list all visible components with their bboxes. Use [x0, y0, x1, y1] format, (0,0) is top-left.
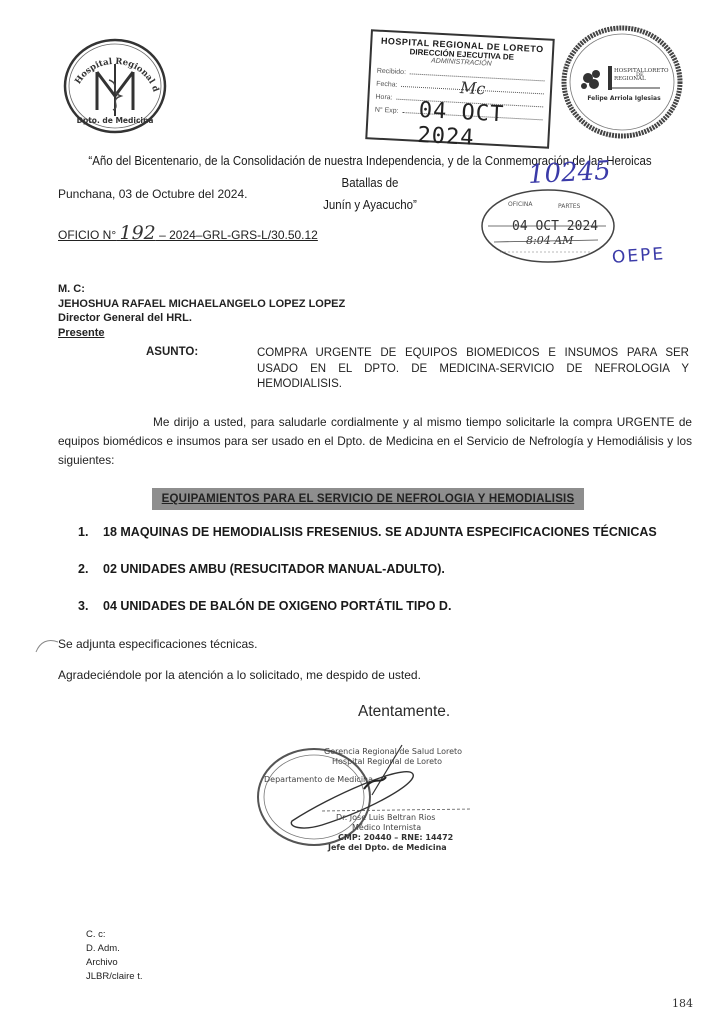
signer-cmp: CMP: 20440 – RNE: 14472 [338, 833, 453, 842]
addressee-title: Director General del HRL. [58, 311, 345, 326]
stamp-initials: Mc [460, 78, 486, 98]
svg-text:DE: DE [636, 72, 644, 78]
svg-text:Dpto. de Medicina: Dpto. de Medicina [77, 116, 154, 125]
hospital-logo-seal: HOSPITAL REGIONAL DE LORETO Felipe Arrio… [556, 22, 688, 142]
oficio-handwritten-number: 192 [119, 222, 155, 244]
addressee-block: M. C: JEHOSHUA RAFAEL MICHAELANGELO LOPE… [58, 282, 345, 340]
subject-label: ASUNTO: [146, 346, 198, 358]
signer-name: Dr. Jose Luis Beltran Rios [336, 813, 435, 822]
section-heading: EQUIPAMIENTOS PARA EL SERVICIO DE NEFROL… [152, 488, 584, 510]
stamp-field: Hora: [375, 94, 392, 102]
page-number: 184 [672, 997, 693, 1010]
signature-dept: Departamento de Medicina [264, 775, 373, 784]
stamp-field: Fecha: [376, 81, 398, 89]
cc-label: C. c: [86, 928, 143, 942]
list-item: 1.18 MAQUINAS DE HEMODIALISIS FRESENIUS.… [78, 525, 698, 562]
carbon-copy-block: C. c: D. Adm. Archivo JLBR/claire t. [86, 928, 143, 984]
addressee-presente: Presente [58, 326, 345, 341]
reception-stamp: HOSPITAL REGIONAL DE LORETO DIRECCIÓN EJ… [365, 29, 555, 148]
cc-line: D. Adm. [86, 942, 143, 956]
signature-seal-line-2: Hospital Regional de Loreto [332, 757, 442, 766]
stamp-field: Recibido: [377, 68, 407, 77]
attachment-note: Se adjunta especificaciones técnicas. [58, 637, 257, 651]
signer-position: Jefe del Dpto. de Medicina [328, 843, 447, 852]
oval-reception-stamp: OFICINA PARTES 04 OCT 2024 8:04 AM [478, 186, 618, 266]
place-date: Punchana, 03 de Octubre del 2024. [58, 187, 247, 201]
addressee-mc: M. C: [58, 282, 345, 297]
pen-mark [34, 636, 60, 654]
cc-line: JLBR/claire t. [86, 970, 143, 984]
body-paragraph: Me dirijo a usted, para saludarle cordia… [58, 413, 692, 470]
svg-text:Felipe Arriola Iglesias: Felipe Arriola Iglesias [587, 95, 661, 102]
stamp-field: N° Exp: [375, 107, 399, 115]
list-item: 3.04 UNIDADES DE BALÓN DE OXIGENO PORTÁT… [78, 599, 698, 636]
body-text: Me dirijo a usted, para saludarle cordia… [58, 415, 692, 467]
oficio-prefix: OFICIO N° [58, 228, 116, 242]
list-item: 2.02 UNIDADES AMBU (RESUCITADOR MANUAL-A… [78, 562, 698, 599]
handwritten-office-code: OEPE [611, 244, 665, 268]
signature-seal-line-1: Gerencia Regional de Salud Loreto [324, 747, 462, 756]
sign-off: Atentamente. [358, 703, 450, 721]
addressee-name: JEHOSHUA RAFAEL MICHAELANGELO LOPEZ LOPE… [58, 297, 345, 312]
svg-text:PARTES: PARTES [558, 203, 581, 210]
closing-line: Agradeciéndole por la atención a lo soli… [58, 668, 421, 682]
signer-role: Médico Internista [352, 823, 421, 832]
cc-line: Archivo [86, 956, 143, 970]
subject-text: COMPRA URGENTE DE EQUIPOS BIOMEDICOS E I… [257, 346, 689, 393]
oficio-suffix: – 2024–GRL-GRS-L/30.50.12 [156, 228, 318, 242]
signature-block: Gerencia Regional de Salud Loreto Hospit… [252, 735, 482, 855]
equipment-list: 1.18 MAQUINAS DE HEMODIALISIS FRESENIUS.… [78, 525, 698, 636]
stamp-date: 04 OCT 2024 [417, 98, 549, 155]
hospital-dept-seal: Hospital Regional de Loreto Dpto. de Med… [55, 30, 175, 140]
svg-text:04 OCT 2024: 04 OCT 2024 [512, 219, 598, 234]
svg-text:OFICINA: OFICINA [508, 201, 533, 208]
oficio-number: OFICIO N° 192 – 2024–GRL-GRS-L/30.50.12 [58, 222, 318, 244]
handwritten-registry-number: 10245 [527, 156, 611, 190]
svg-text:LORETO: LORETO [644, 68, 669, 74]
